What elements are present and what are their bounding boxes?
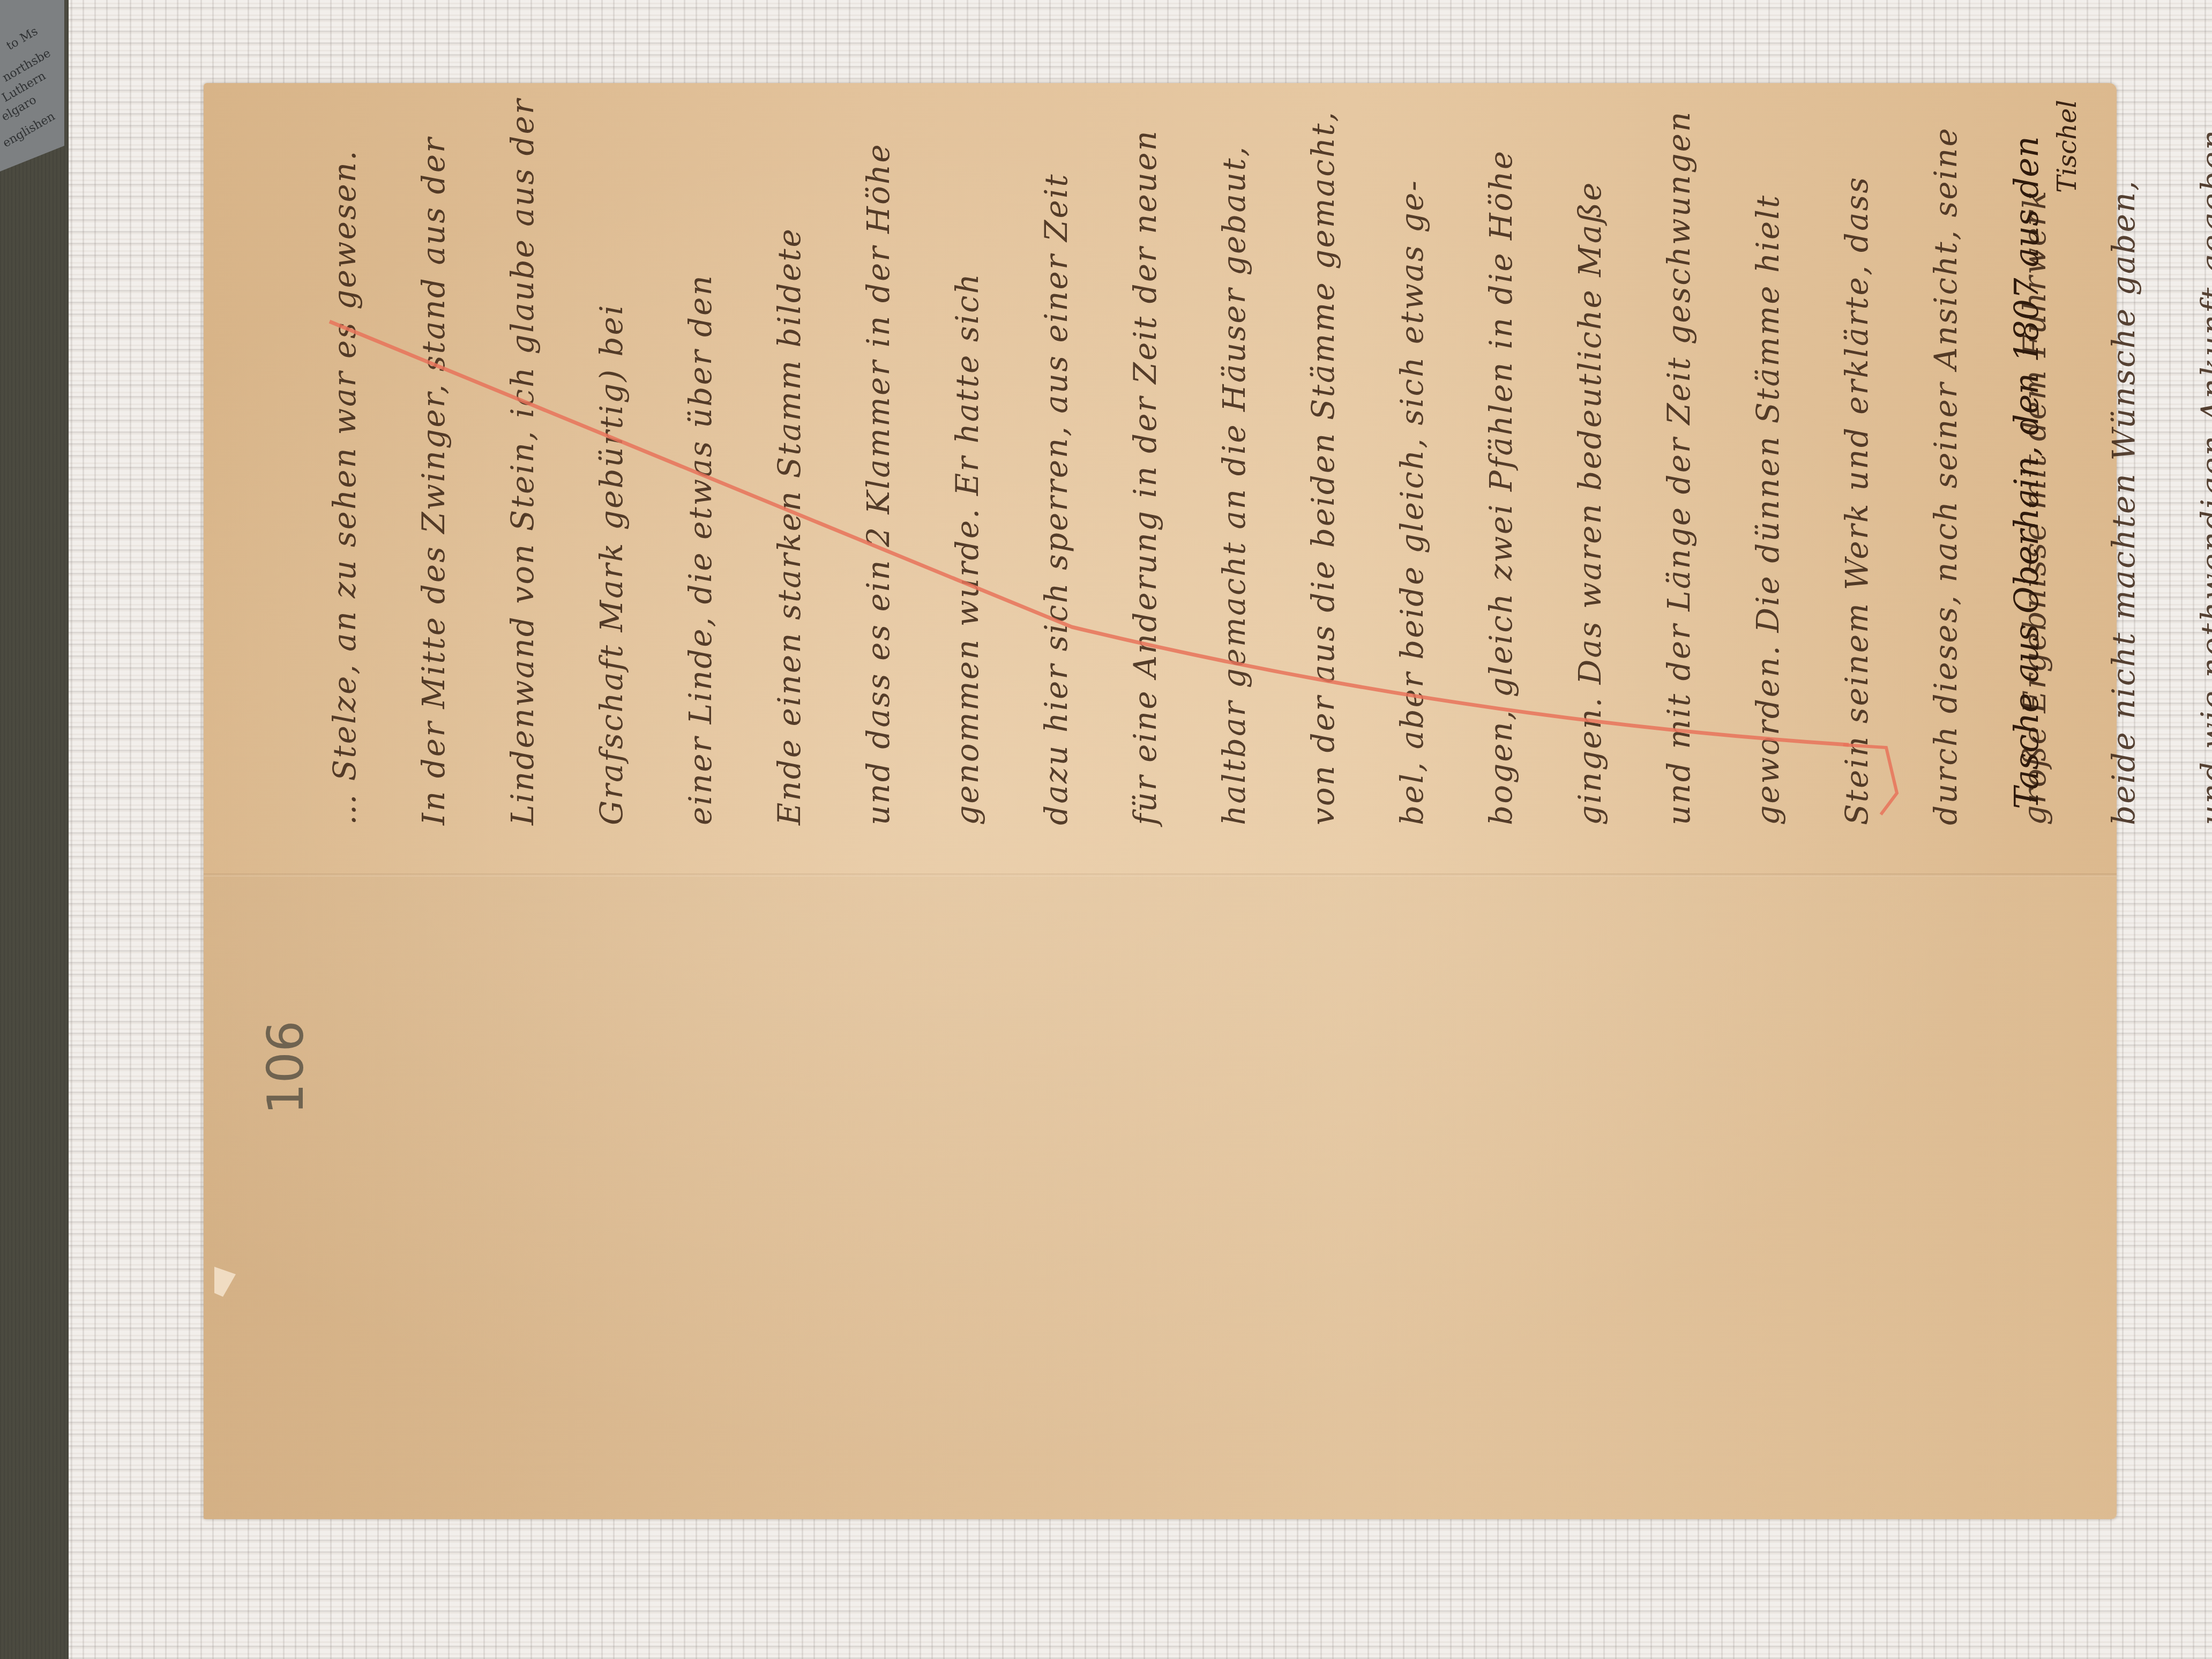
- red-pencil-strike-icon: [0, 0, 2212, 1659]
